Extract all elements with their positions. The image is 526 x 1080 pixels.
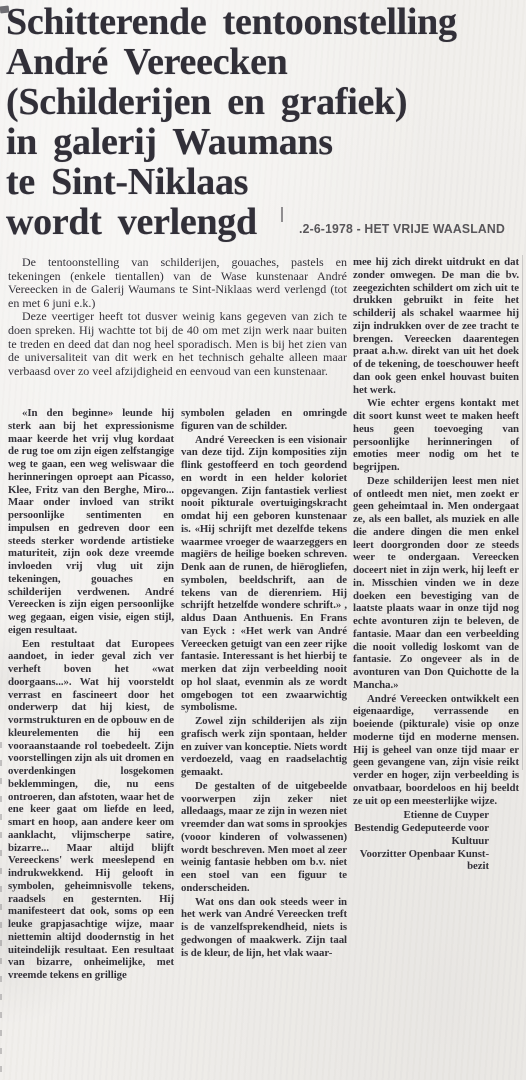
- headline-line-2: André Vereecken: [6, 42, 522, 82]
- paragraph: Deze schilderijen leest men niet of ontl…: [353, 475, 519, 692]
- article-headline: Schitterende tentoonstelling André Veree…: [6, 2, 522, 242]
- paragraph: Wie echter ergens kontakt met dit soort …: [353, 397, 519, 474]
- paragraph: André Vereecken is een visionair van dez…: [181, 434, 347, 715]
- signature-title-line: bezit: [353, 860, 489, 873]
- headline-line-3: (Schilderijen en grafiek): [6, 82, 522, 122]
- paragraph: Een restultaat dat Europees aandoet, in …: [8, 638, 174, 982]
- headline-line-1: Schitterende tentoonstelling: [6, 2, 522, 42]
- paragraph-continuation: symbolen geladen en omringde figuren van…: [181, 407, 347, 433]
- column-2: symbolen geladen en omringde figuren van…: [181, 407, 347, 1057]
- lede-paragraph-2: Deze veertiger heeft tot dusver weinig k…: [8, 310, 347, 378]
- paragraph: «In den beginne» leunde hij sterk aan bi…: [8, 407, 174, 637]
- signature-author: Etienne de Cuyper: [353, 809, 489, 822]
- signature-title-line: Bestendig Gedeputeerde voor: [353, 822, 489, 835]
- paragraph: André Vereecken ontwikkelt een eigenaard…: [353, 693, 519, 808]
- column-3: mee hij zich direkt uitdrukt en dat zond…: [353, 256, 519, 1016]
- paragraph-continuation: mee hij zich direkt uitdrukt en dat zond…: [353, 256, 519, 396]
- newspaper-clipping: Schitterende tentoonstelling André Veree…: [0, 0, 526, 1080]
- scan-artifact-left-dots: [0, 742, 2, 1072]
- paragraph: Zowel zijn schilderijen als zijn grafisc…: [181, 715, 347, 779]
- signature-block: Etienne de Cuyper Bestendig Gedeputeerde…: [353, 809, 519, 873]
- headline-line-4: in galerij Waumans: [6, 122, 522, 162]
- signature-title-line: Kultuur: [353, 835, 489, 848]
- article-lede: De tentoonstelling van schilderijen, gou…: [8, 256, 347, 378]
- headline-line-5: te Sint-Niklaas: [6, 162, 522, 202]
- paragraph: Wat ons dan ook steeds weer in het werk …: [181, 896, 347, 960]
- signature-title-line: Voorzitter Openbaar Kunst-: [353, 848, 489, 861]
- date-stamp: .2-6-1978 - HET VRIJE WAASLAND: [299, 221, 510, 236]
- lede-paragraph-1: De tentoonstelling van schilderijen, gou…: [8, 256, 347, 310]
- scan-artifact-edge-line: [522, 255, 523, 770]
- column-1: «In den beginne» leunde hij sterk aan bi…: [8, 407, 174, 1057]
- paragraph: De gestalten of de uitgebeelde voorwerpe…: [181, 780, 347, 895]
